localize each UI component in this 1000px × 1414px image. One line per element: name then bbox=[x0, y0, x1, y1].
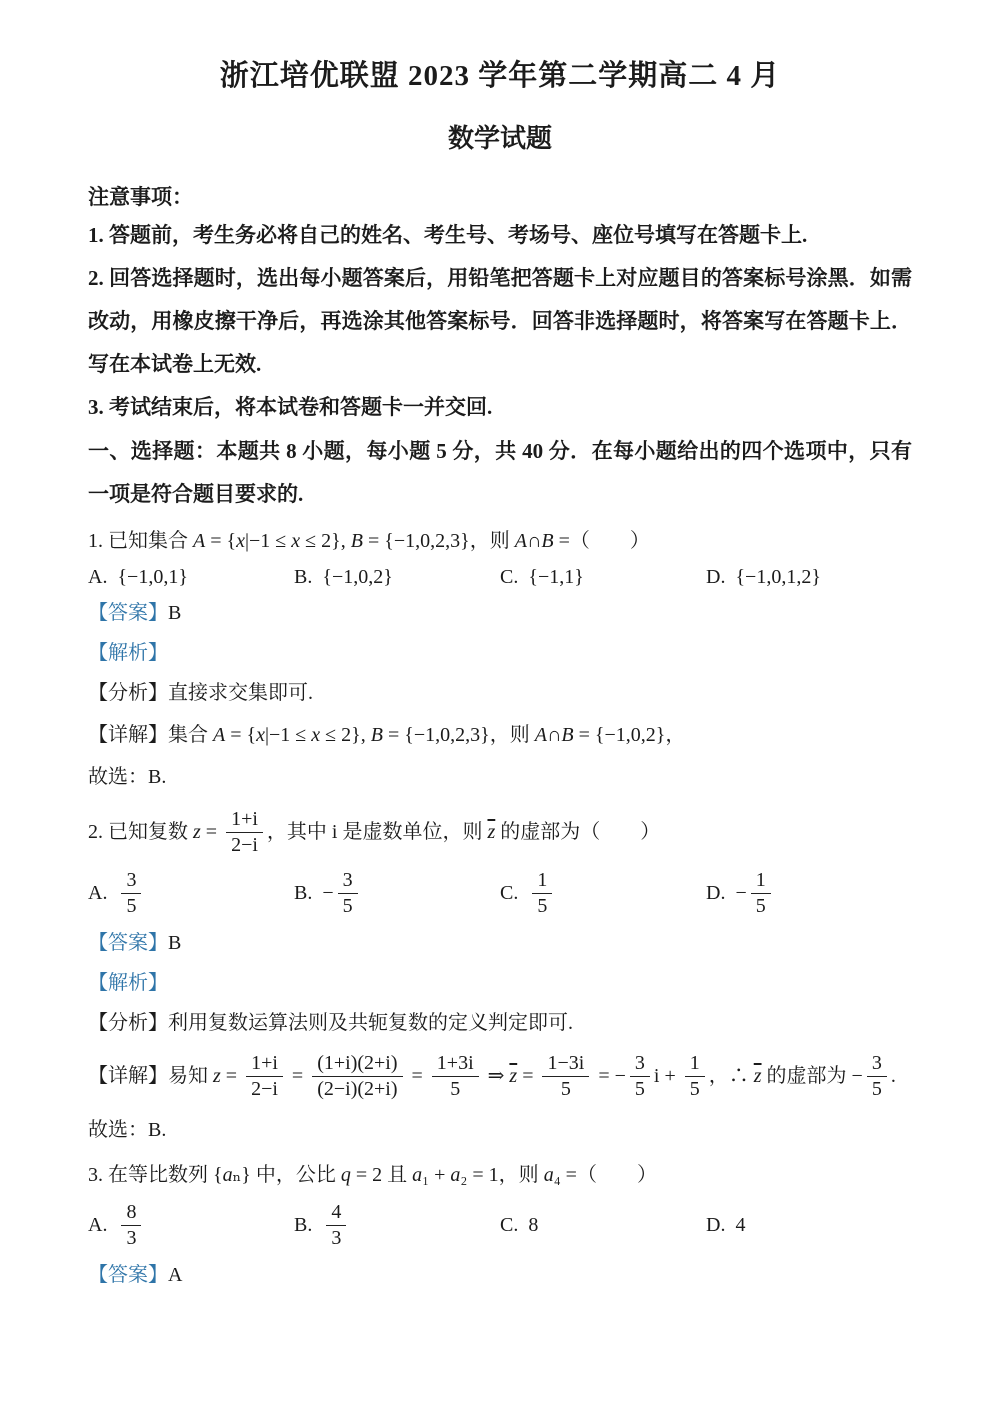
text-run: ≤ 2}, bbox=[300, 526, 351, 556]
question-2-analysis: 【分析】利用复数运算法则及共轭复数的定义判定即可. bbox=[88, 1003, 912, 1043]
question-2-detail: 【详解】易知 z = 1+i2−i = (1+i)(2+i)(2−i)(2+i)… bbox=[88, 1051, 912, 1102]
question-3-options: A. 83 B. 43 C. 8 D. 4 bbox=[88, 1200, 912, 1251]
option-value: 4 bbox=[735, 1214, 745, 1237]
option-a: A. 83 bbox=[88, 1200, 294, 1251]
option-label: D. bbox=[706, 566, 725, 589]
fraction: 35 bbox=[630, 1051, 650, 1102]
text-run: 的虚部为（ ） bbox=[495, 817, 660, 847]
math-var: x bbox=[256, 721, 265, 749]
fraction: 43 bbox=[326, 1200, 346, 1251]
text-run: 【详解】集合 bbox=[88, 721, 213, 749]
text-run: = { bbox=[225, 721, 256, 749]
option-d: D. 4 bbox=[706, 1214, 912, 1237]
option-value: 15 bbox=[528, 868, 556, 919]
exam-page: 浙江培优联盟 2023 学年第二学期高二 4 月 数学试题 注意事项： 1. 答… bbox=[0, 0, 1000, 1295]
text-run: ，其中 i 是虚数单位，则 bbox=[267, 817, 488, 847]
text-run: {−1,0,2} bbox=[322, 566, 392, 589]
option-label: A. bbox=[88, 882, 107, 905]
math-var: a bbox=[544, 1160, 554, 1190]
math-var: q bbox=[341, 1160, 351, 1190]
option-value: {−1,0,1} bbox=[117, 566, 187, 589]
question-2-analysis-heading: 【解析】 bbox=[88, 963, 912, 1003]
fraction: 1+i2−i bbox=[246, 1051, 283, 1102]
math-var: A bbox=[213, 721, 225, 749]
answer-label: 【答案】 bbox=[88, 602, 168, 624]
option-label: C. bbox=[500, 882, 518, 905]
math-var: z bbox=[213, 1062, 221, 1090]
option-label: B. bbox=[294, 882, 312, 905]
option-value: 35 bbox=[117, 868, 145, 919]
notice-heading: 注意事项： bbox=[88, 181, 912, 215]
option-label: A. bbox=[88, 1214, 107, 1237]
analysis-label: 【解析】 bbox=[88, 642, 168, 664]
option-value: 8 bbox=[528, 1214, 538, 1237]
option-label: B. bbox=[294, 566, 312, 589]
fraction: 1−3i5 bbox=[542, 1051, 589, 1102]
option-value: {−1,0,1,2} bbox=[735, 566, 820, 589]
text-run: ，∴ bbox=[709, 1062, 754, 1090]
math-var: a bbox=[450, 1160, 460, 1190]
math-var-conjugate-bar: z bbox=[754, 1062, 762, 1090]
text-run: − bbox=[322, 882, 333, 905]
text-run: |−1 ≤ bbox=[265, 721, 311, 749]
text-run: {−1,1} bbox=[528, 566, 583, 589]
option-c: C. 8 bbox=[500, 1214, 706, 1237]
text-run: } 中，公比 bbox=[241, 1160, 341, 1190]
text-run: = bbox=[407, 1062, 428, 1090]
math-var: x bbox=[311, 721, 320, 749]
option-a: A. {−1,0,1} bbox=[88, 566, 294, 589]
option-label: C. bbox=[500, 1214, 518, 1237]
text-run: =（ ） bbox=[554, 526, 650, 556]
math-var: A bbox=[535, 721, 547, 749]
text-run: 4 bbox=[735, 1214, 745, 1237]
text-run: ₂ = 1，则 bbox=[460, 1160, 543, 1190]
notice-item-3: 3. 考试结束后，将本试卷和答题卡一并交回. bbox=[88, 386, 912, 429]
text-run: = bbox=[221, 1062, 242, 1090]
question-3-answer-line: 【答案】A bbox=[88, 1255, 912, 1295]
option-value: 83 bbox=[117, 1200, 145, 1251]
fraction: 35 bbox=[338, 868, 358, 919]
option-c: C. {−1,1} bbox=[500, 566, 706, 589]
text-run: 【详解】易知 bbox=[88, 1062, 213, 1090]
fraction: 1+3i5 bbox=[432, 1051, 479, 1102]
text-run: . bbox=[891, 1062, 896, 1090]
text-run: ₁ + bbox=[422, 1160, 450, 1190]
section-heading: 一、选择题：本题共 8 小题，每小题 5 分，共 40 分．在每小题给出的四个选… bbox=[88, 430, 912, 516]
fraction: 35 bbox=[867, 1051, 887, 1102]
option-b: B. 43 bbox=[294, 1200, 500, 1251]
text-run: {−1,0,1,2} bbox=[735, 566, 820, 589]
option-c: C. 15 bbox=[500, 868, 706, 919]
math-var: B bbox=[351, 526, 363, 556]
analysis-label: 【解析】 bbox=[88, 972, 168, 994]
text-run: ⇒ bbox=[483, 1062, 510, 1090]
text-run: ₙ bbox=[233, 1160, 242, 1190]
text-run: = {−1,0,2}， bbox=[574, 721, 686, 749]
text-run: = {−1,0,2,3}，则 bbox=[383, 721, 535, 749]
option-label: D. bbox=[706, 1214, 725, 1237]
option-value: {−1,1} bbox=[528, 566, 583, 589]
text-run: = 2 且 bbox=[351, 1160, 412, 1190]
option-label: A. bbox=[88, 566, 107, 589]
fraction: (1+i)(2+i)(2−i)(2+i) bbox=[312, 1051, 402, 1102]
option-d: D. {−1,0,1,2} bbox=[706, 566, 912, 589]
math-var: B bbox=[541, 526, 553, 556]
notice-item-1: 1. 答题前，考生务必将自己的姓名、考生号、考场号、座位号填写在答题卡上. bbox=[88, 214, 912, 257]
option-b: B. −35 bbox=[294, 868, 500, 919]
option-value: −35 bbox=[322, 868, 361, 919]
answer-value: B bbox=[168, 932, 181, 954]
fraction: 35 bbox=[121, 868, 141, 919]
math-var: A bbox=[193, 526, 205, 556]
text-run: i + bbox=[654, 1062, 681, 1090]
text-run: ≤ 2}, bbox=[320, 721, 371, 749]
text-run: ∩ bbox=[547, 721, 561, 749]
question-1-answer-line: 【答案】B bbox=[88, 593, 912, 633]
question-2-options: A. 35 B. −35 C. 15 D. −15 bbox=[88, 868, 912, 919]
text-run: |−1 ≤ bbox=[245, 526, 291, 556]
option-value: 43 bbox=[322, 1200, 350, 1251]
option-label: D. bbox=[706, 882, 725, 905]
math-var: a bbox=[412, 1160, 422, 1190]
math-var: x bbox=[236, 526, 245, 556]
question-1-detail: 【详解】集合 A = {x|−1 ≤ x ≤ 2}, B = {−1,0,2,3… bbox=[88, 721, 912, 749]
text-run: = − bbox=[593, 1062, 626, 1090]
question-1-options: A. {−1,0,1} B. {−1,0,2} C. {−1,1} D. {−1… bbox=[88, 566, 912, 589]
text-run: = {−1,0,2,3}，则 bbox=[363, 526, 515, 556]
text-run: 的虚部为 − bbox=[762, 1062, 863, 1090]
text-run: = bbox=[287, 1062, 308, 1090]
question-2-stem: 2. 已知复数 z = 1+i2−i，其中 i 是虚数单位，则 z 的虚部为（ … bbox=[88, 807, 912, 858]
option-label: C. bbox=[500, 566, 518, 589]
text-run: {−1,0,1} bbox=[117, 566, 187, 589]
option-label: B. bbox=[294, 1214, 312, 1237]
math-var: B bbox=[371, 721, 383, 749]
answer-value: B bbox=[168, 602, 181, 624]
fraction: 15 bbox=[532, 868, 552, 919]
text-run: = { bbox=[205, 526, 236, 556]
math-var: A bbox=[515, 526, 527, 556]
fraction: 1+i2−i bbox=[226, 807, 263, 858]
text-run: ₄ =（ ） bbox=[554, 1160, 657, 1190]
fraction: 83 bbox=[121, 1200, 141, 1251]
text-run: = bbox=[201, 817, 222, 847]
question-1-analysis: 【分析】直接求交集即可. bbox=[88, 673, 912, 713]
fraction: 15 bbox=[685, 1051, 705, 1102]
option-value: {−1,0,2} bbox=[322, 566, 392, 589]
question-3-stem: 3. 在等比数列 {aₙ} 中，公比 q = 2 且 a₁ + a₂ = 1，则… bbox=[88, 1160, 912, 1190]
text-run: = bbox=[517, 1062, 538, 1090]
math-var: a bbox=[223, 1160, 233, 1190]
text-run: 8 bbox=[528, 1214, 538, 1237]
math-var-conjugate-bar: z bbox=[509, 1062, 517, 1090]
text-run: 2. 已知复数 bbox=[88, 817, 193, 847]
question-1-stem: 1. 已知集合 A = {x|−1 ≤ x ≤ 2}, B = {−1,0,2,… bbox=[88, 526, 912, 556]
math-var-conjugate-bar: z bbox=[487, 817, 495, 847]
question-2-conclusion: 故选：B. bbox=[88, 1110, 912, 1150]
text-run: ∩ bbox=[527, 526, 541, 556]
option-a: A. 35 bbox=[88, 868, 294, 919]
notice-item-2: 2. 回答选择题时，选出每小题答案后，用铅笔把答题卡上对应题目的答案标号涂黑．如… bbox=[88, 257, 912, 386]
text-run: 3. 在等比数列 { bbox=[88, 1160, 223, 1190]
answer-label: 【答案】 bbox=[88, 1264, 168, 1286]
question-1-analysis-heading: 【解析】 bbox=[88, 633, 912, 673]
option-b: B. {−1,0,2} bbox=[294, 566, 500, 589]
page-title: 浙江培优联盟 2023 学年第二学期高二 4 月 bbox=[88, 58, 912, 96]
text-run: 1. 已知集合 bbox=[88, 526, 193, 556]
page-subtitle: 数学试题 bbox=[88, 118, 912, 155]
question-1-conclusion: 故选：B. bbox=[88, 757, 912, 797]
math-var: z bbox=[193, 817, 201, 847]
math-var: x bbox=[291, 526, 300, 556]
question-2-answer-line: 【答案】B bbox=[88, 923, 912, 963]
option-d: D. −15 bbox=[706, 868, 912, 919]
math-var: B bbox=[561, 721, 573, 749]
answer-label: 【答案】 bbox=[88, 932, 168, 954]
answer-value: A bbox=[168, 1264, 182, 1286]
text-run: − bbox=[735, 882, 746, 905]
fraction: 15 bbox=[751, 868, 771, 919]
option-value: −15 bbox=[735, 868, 774, 919]
